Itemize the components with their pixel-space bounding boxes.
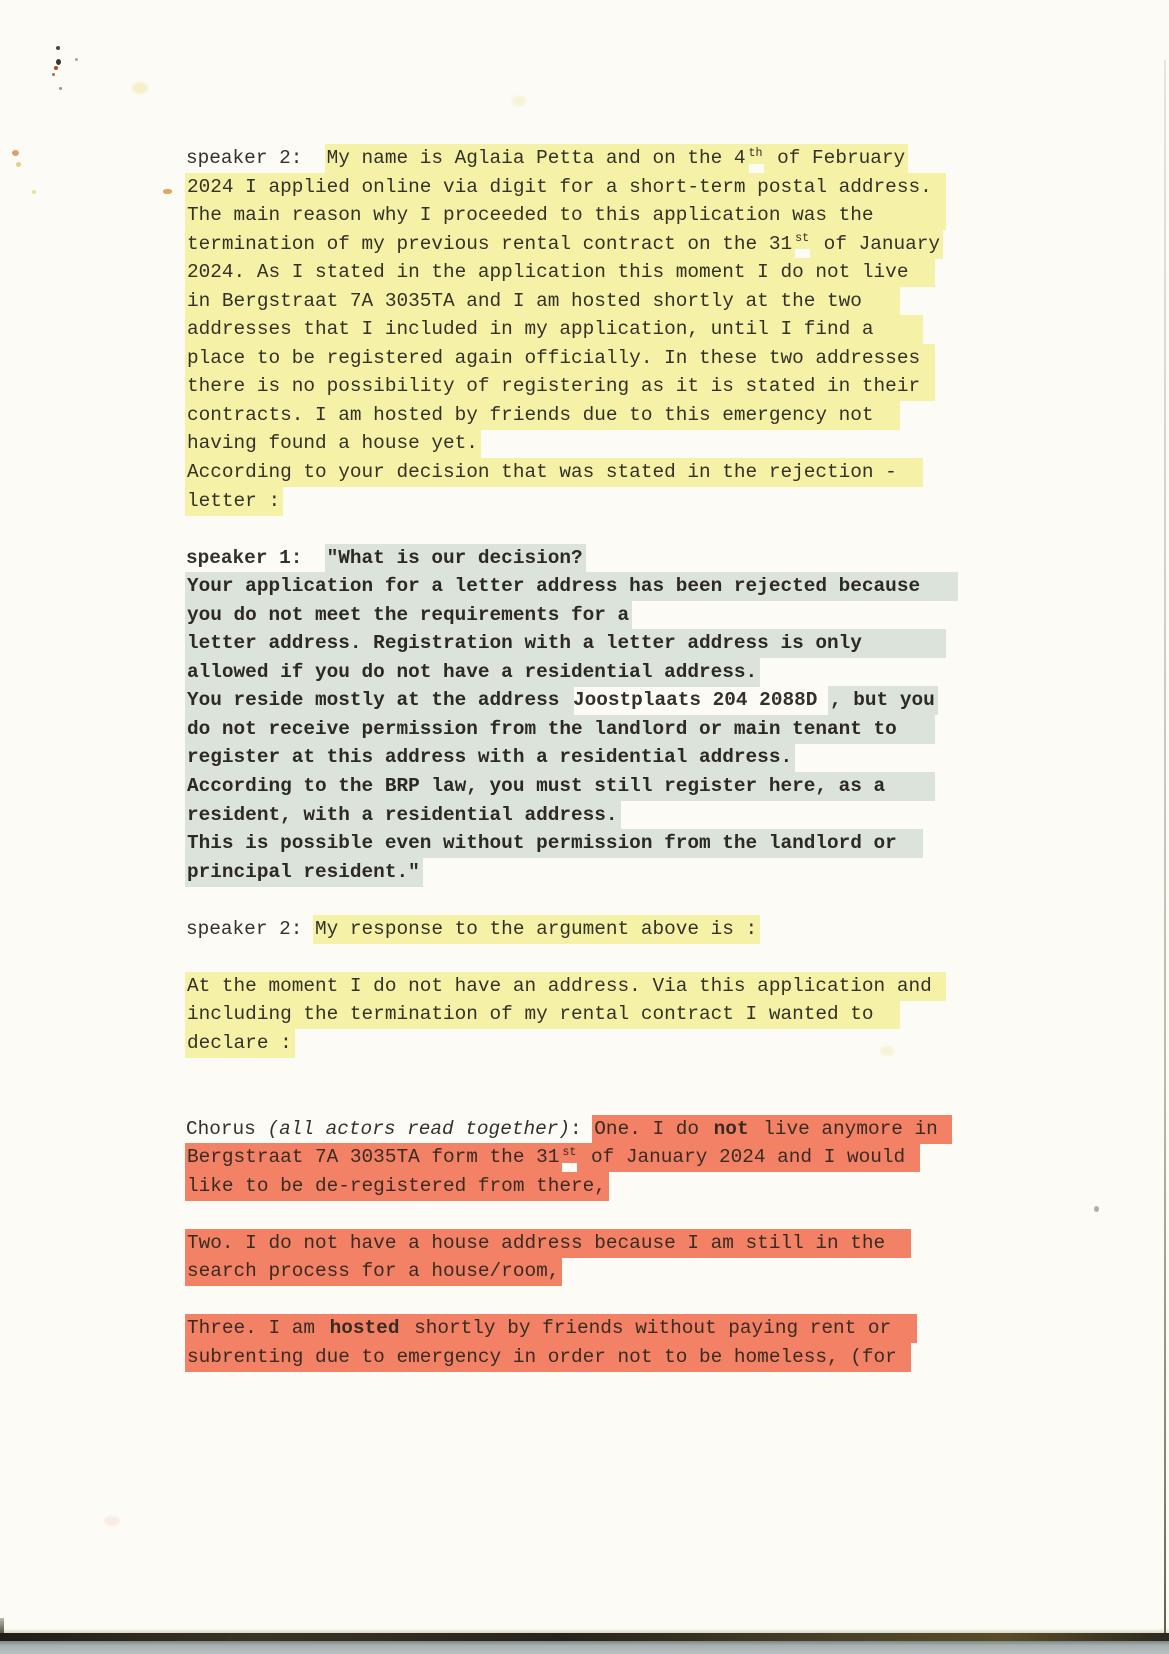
scan-smudge <box>104 1516 120 1526</box>
scan-speck <box>163 189 172 194</box>
highlighted-text: My name is Aglaia Petta and on the 4 <box>326 145 748 172</box>
text-segment: (all actors read together) <box>267 1118 570 1140</box>
highlighted-text: there is no possibility of registering a… <box>186 373 934 400</box>
scan-speck <box>12 150 19 156</box>
text-line: letter : <box>186 487 1146 516</box>
scanner-right-edge <box>1164 60 1166 1638</box>
text-line: like to be de-registered from there, <box>186 1172 1146 1201</box>
highlighted-text: contracts. I am hosted by friends due to… <box>186 402 899 429</box>
text-line: including the termination of my rental c… <box>186 1000 1146 1029</box>
highlighted-text: in Bergstraat 7A 3035TA and I am hosted … <box>186 288 899 315</box>
highlighted-text: addresses that I included in my applicat… <box>186 316 922 343</box>
highlighted-text: letter : <box>186 488 282 515</box>
text-line <box>186 1058 1146 1087</box>
highlighted-text: shortly by friends without paying rent o… <box>401 1315 916 1342</box>
scan-speck <box>52 73 55 76</box>
text-segment: : <box>570 1118 593 1140</box>
highlighted-text: subrenting due to emergency in order not… <box>186 1344 910 1371</box>
text-line: contracts. I am hosted by friends due to… <box>186 401 1146 430</box>
highlighted-text: The main reason why I proceeded to this … <box>186 202 945 229</box>
highlighted-text: principal resident." <box>186 859 422 886</box>
text-line <box>186 886 1146 915</box>
highlighted-text: not <box>713 1116 751 1143</box>
text-line: Bergstraat 7A 3035TA form the 31st of Ja… <box>186 1143 1146 1172</box>
highlighted-text: 2024 I applied online via digit for a sh… <box>186 174 945 201</box>
highlighted-text: letter address. Registration with a lett… <box>186 630 945 657</box>
highlighted-text: According to your decision that was stat… <box>186 459 922 486</box>
text-line <box>186 1200 1146 1229</box>
text-line: having found a house yet. <box>186 429 1146 458</box>
text-line: This is possible even without permission… <box>186 829 1146 858</box>
highlighted-text: Three. I am <box>186 1315 329 1342</box>
text-line: At the moment I do not have an address. … <box>186 972 1146 1001</box>
text-line: Your application for a letter address ha… <box>186 572 1146 601</box>
text-line: do not receive permission from the landl… <box>186 715 1146 744</box>
highlighted-text: do not receive permission from the landl… <box>186 716 934 743</box>
scan-speck <box>56 46 60 50</box>
text-line: declare : <box>186 1029 1146 1058</box>
scan-speck <box>59 87 62 90</box>
highlighted-text: live anymore in <box>751 1116 952 1143</box>
text-line: place to be registered again officially.… <box>186 344 1146 373</box>
highlighted-text: place to be registered again officially.… <box>186 345 934 372</box>
scan-speck <box>16 162 21 167</box>
highlighted-text: like to be de-registered from there, <box>186 1173 608 1200</box>
highlighted-text: Two. I do not have a house address becau… <box>186 1230 910 1257</box>
text-line: speaker 2: My name is Aglaia Petta and o… <box>186 144 1146 173</box>
highlighted-text: According to the BRP law, you must still… <box>186 773 934 800</box>
highlighted-text: You reside mostly at the address <box>186 687 573 714</box>
highlighted-text: Bergstraat 7A 3035TA form the 31 <box>186 1144 561 1171</box>
text-line: speaker 1: "What is our decision? <box>186 544 1146 573</box>
text-line: speaker 2: My response to the argument a… <box>186 915 1146 944</box>
document-text: speaker 2: My name is Aglaia Petta and o… <box>186 144 1146 1372</box>
highlighted-text: including the termination of my rental c… <box>186 1001 899 1028</box>
text-line: You reside mostly at the address Joostpl… <box>186 686 1146 715</box>
scan-speck <box>75 58 78 61</box>
text-line <box>186 1086 1146 1115</box>
text-line <box>186 1286 1146 1315</box>
text-line: there is no possibility of registering a… <box>186 372 1146 401</box>
text-segment: speaker 2: <box>186 147 326 169</box>
highlighted-text: This is possible even without permission… <box>186 830 922 857</box>
highlighted-text: you do not meet the requirements for a <box>186 602 631 629</box>
highlighted-text: register at this address with a resident… <box>186 744 794 771</box>
text-line: 2024 I applied online via digit for a sh… <box>186 173 1146 202</box>
highlighted-text: declare : <box>186 1030 294 1057</box>
highlighted-text: One. I do <box>593 1116 712 1143</box>
text-line: resident, with a residential address. <box>186 801 1146 830</box>
highlighted-text: At the moment I do not have an address. … <box>186 973 945 1000</box>
scan-speck <box>56 59 61 65</box>
highlighted-text: hosted <box>329 1315 402 1342</box>
highlighted-text: allowed if you do not have a residential… <box>186 659 759 686</box>
text-line: Two. I do not have a house address becau… <box>186 1229 1146 1258</box>
scan-smudge <box>880 1046 894 1056</box>
highlighted-text: of January <box>811 231 942 258</box>
text-segment: Chorus <box>186 1118 267 1140</box>
text-line: allowed if you do not have a residential… <box>186 658 1146 687</box>
highlighted-text: "What is our decision? <box>326 545 585 572</box>
highlighted-text: resident, with a residential address. <box>186 802 620 829</box>
text-line <box>186 943 1146 972</box>
text-line: The main reason why I proceeded to this … <box>186 201 1146 230</box>
text-segment: speaker 1: <box>186 547 326 569</box>
text-line: termination of my previous rental contra… <box>186 230 1146 259</box>
text-segment: speaker 2: <box>186 918 314 940</box>
text-line: search process for a house/room, <box>186 1257 1146 1286</box>
text-line: addresses that I included in my applicat… <box>186 315 1146 344</box>
scan-smudge <box>132 82 148 94</box>
highlighted-text: th <box>748 145 765 163</box>
scan-speck <box>32 190 36 194</box>
text-line: letter address. Registration with a lett… <box>186 629 1146 658</box>
text-line: subrenting due to emergency in order not… <box>186 1343 1146 1372</box>
text-line: register at this address with a resident… <box>186 743 1146 772</box>
scan-speck <box>54 66 58 70</box>
highlighted-text: My response to the argument above is : <box>314 916 759 943</box>
scanner-bed-strip <box>0 1641 1169 1654</box>
text-line: Three. I am hosted shortly by friends wi… <box>186 1314 1146 1343</box>
highlighted-text: termination of my previous rental contra… <box>186 231 794 258</box>
text-line: According to the BRP law, you must still… <box>186 772 1146 801</box>
scanner-bottom-edge-line <box>0 1633 1169 1641</box>
highlighted-text: st <box>794 230 811 248</box>
text-line <box>186 515 1146 544</box>
text-line: 2024. As I stated in the application thi… <box>186 258 1146 287</box>
text-line: principal resident." <box>186 858 1146 887</box>
document-page: speaker 2: My name is Aglaia Petta and o… <box>0 0 1169 1654</box>
text-line: Chorus (all actors read together): One. … <box>186 1115 1146 1144</box>
highlighted-text: of February <box>765 145 908 172</box>
highlighted-text: st <box>561 1144 578 1162</box>
highlighted-text: of January 2024 and I would <box>578 1144 918 1171</box>
text-line: in Bergstraat 7A 3035TA and I am hosted … <box>186 287 1146 316</box>
highlighted-text: search process for a house/room, <box>186 1258 561 1285</box>
highlighted-text: having found a house yet. <box>186 430 480 457</box>
scan-speck <box>1094 1206 1099 1212</box>
text-line: you do not meet the requirements for a <box>186 601 1146 630</box>
highlighted-text: , but you <box>829 687 937 714</box>
highlighted-text: 2024. As I stated in the application thi… <box>186 259 934 286</box>
scan-smudge <box>512 96 526 106</box>
text-segment: Joostplaats 204 2088D <box>573 689 829 711</box>
text-line: According to your decision that was stat… <box>186 458 1146 487</box>
highlighted-text: Your application for a letter address ha… <box>186 573 957 600</box>
